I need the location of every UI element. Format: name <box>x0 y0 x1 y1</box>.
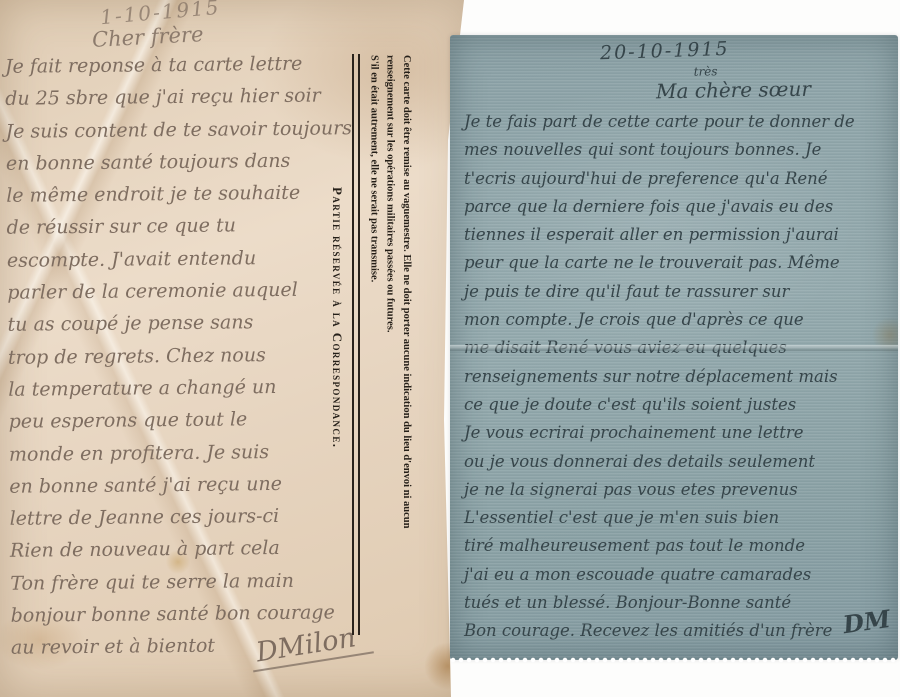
handwritten-line: je puis te dire qu'il faut te rassurer s… <box>464 282 892 310</box>
handwritten-line: tiennes il esperait aller en permission … <box>464 225 892 253</box>
right-card-date: 20-10-1915 <box>600 38 730 65</box>
fold-crease <box>450 345 898 351</box>
handwritten-line: tu as coupé je pense sans <box>8 311 352 347</box>
printed-notice-line: S'il en était autrement, elle ne serait … <box>365 55 381 697</box>
handwritten-line: Rien de nouveau à part cela <box>10 537 354 573</box>
handwritten-line: la temperature a changé un <box>8 375 352 411</box>
handwritten-line: Bon courage. Recevez les amitiés d'un fr… <box>464 621 892 649</box>
perforated-edge <box>450 657 898 663</box>
handwritten-line: monde en profitera. Je suis <box>9 440 353 476</box>
handwritten-line: Je suis content de te savoir toujours <box>5 117 349 153</box>
handwritten-line: le même endroit je te souhaite <box>6 181 350 217</box>
salutation-insertion-word: très <box>694 64 718 78</box>
handwritten-line: ou je vous donnerai des details seulemen… <box>464 452 892 480</box>
handwritten-line: j'ai eu a mon escouade quatre camarades <box>464 565 892 593</box>
handwritten-line: mes nouvelles qui sont toujours bonnes. … <box>464 140 892 168</box>
handwritten-line: parler de la ceremonie auquel <box>7 278 351 314</box>
handwritten-line: ce que je doute c'est qu'ils soient just… <box>464 395 892 423</box>
handwritten-line: parce que la derniere fois que j'avais e… <box>464 197 892 225</box>
left-card-salutation: Cher frère <box>91 22 204 52</box>
handwritten-line: peur que la carte ne le trouverait pas. … <box>464 253 892 281</box>
handwritten-line: L'essentiel c'est que je m'en suis bien <box>464 508 892 536</box>
printed-military-notice: Cette carte doit être remise au vaguemes… <box>362 55 414 697</box>
printed-notice-line: renseignement sur les opérations militai… <box>381 55 397 697</box>
handwritten-line: renseignements sur notre déplacement mai… <box>464 367 892 395</box>
scanned-letters-background: 1-10-1915 Cher frère Je fait reponse à t… <box>0 0 900 697</box>
printed-notice-line: Cette carte doit être remise au vaguemes… <box>398 55 414 697</box>
handwritten-line: en bonne santé j'ai reçu une <box>9 472 353 508</box>
handwritten-line: t'ecris aujourd'hui de preference qu'a R… <box>464 169 892 197</box>
salutation-text: Ma chère sœur <box>656 77 811 104</box>
right-card-salutation: très Ma chère sœur <box>656 77 811 104</box>
handwritten-line: tués et un blessé. Bonjour-Bonne santé <box>464 593 892 621</box>
handwritten-line: mon compte. Je crois que d'après ce que <box>464 310 892 338</box>
left-postcard: 1-10-1915 Cher frère Je fait reponse à t… <box>0 0 466 697</box>
right-card-handwritten-body: Je te fais part de cette carte pour te d… <box>464 112 892 650</box>
left-card-handwritten-body: Je fait reponse à ta carte lettredu 25 s… <box>5 52 355 669</box>
handwritten-line: trop de regrets. Chez nous <box>8 343 352 379</box>
handwritten-line: escompte. J'avait entendu <box>7 246 351 282</box>
handwritten-line: tiré malheureusement pas tout le monde <box>464 536 892 564</box>
handwritten-line: je ne la signerai pas vous etes prevenus <box>464 480 892 508</box>
handwritten-line: Je vous ecrirai prochainement une lettre <box>464 423 892 451</box>
handwritten-line: lettre de Jeanne ces jours-ci <box>10 504 354 540</box>
handwritten-line: Je te fais part de cette carte pour te d… <box>464 112 892 140</box>
handwritten-line: peu esperons que tout le <box>9 407 353 443</box>
handwritten-line: de réussir sur ce que tu <box>6 214 350 250</box>
handwritten-line: en bonne santé toujours dans <box>6 149 350 185</box>
handwritten-line: Ton frère qui te serre la main <box>10 569 354 605</box>
handwritten-line: me disait René vous aviez eu quelques <box>464 338 892 366</box>
handwritten-line: du 25 sbre que j'ai reçu hier soir <box>5 85 349 121</box>
handwritten-line: Je fait reponse à ta carte lettre <box>5 52 349 88</box>
right-postcard: 20-10-1915 très Ma chère sœur Je te fais… <box>450 35 898 660</box>
printed-section-label: Partie réservée à la Correspondance. <box>329 187 345 487</box>
printed-divider-rule <box>352 54 360 635</box>
